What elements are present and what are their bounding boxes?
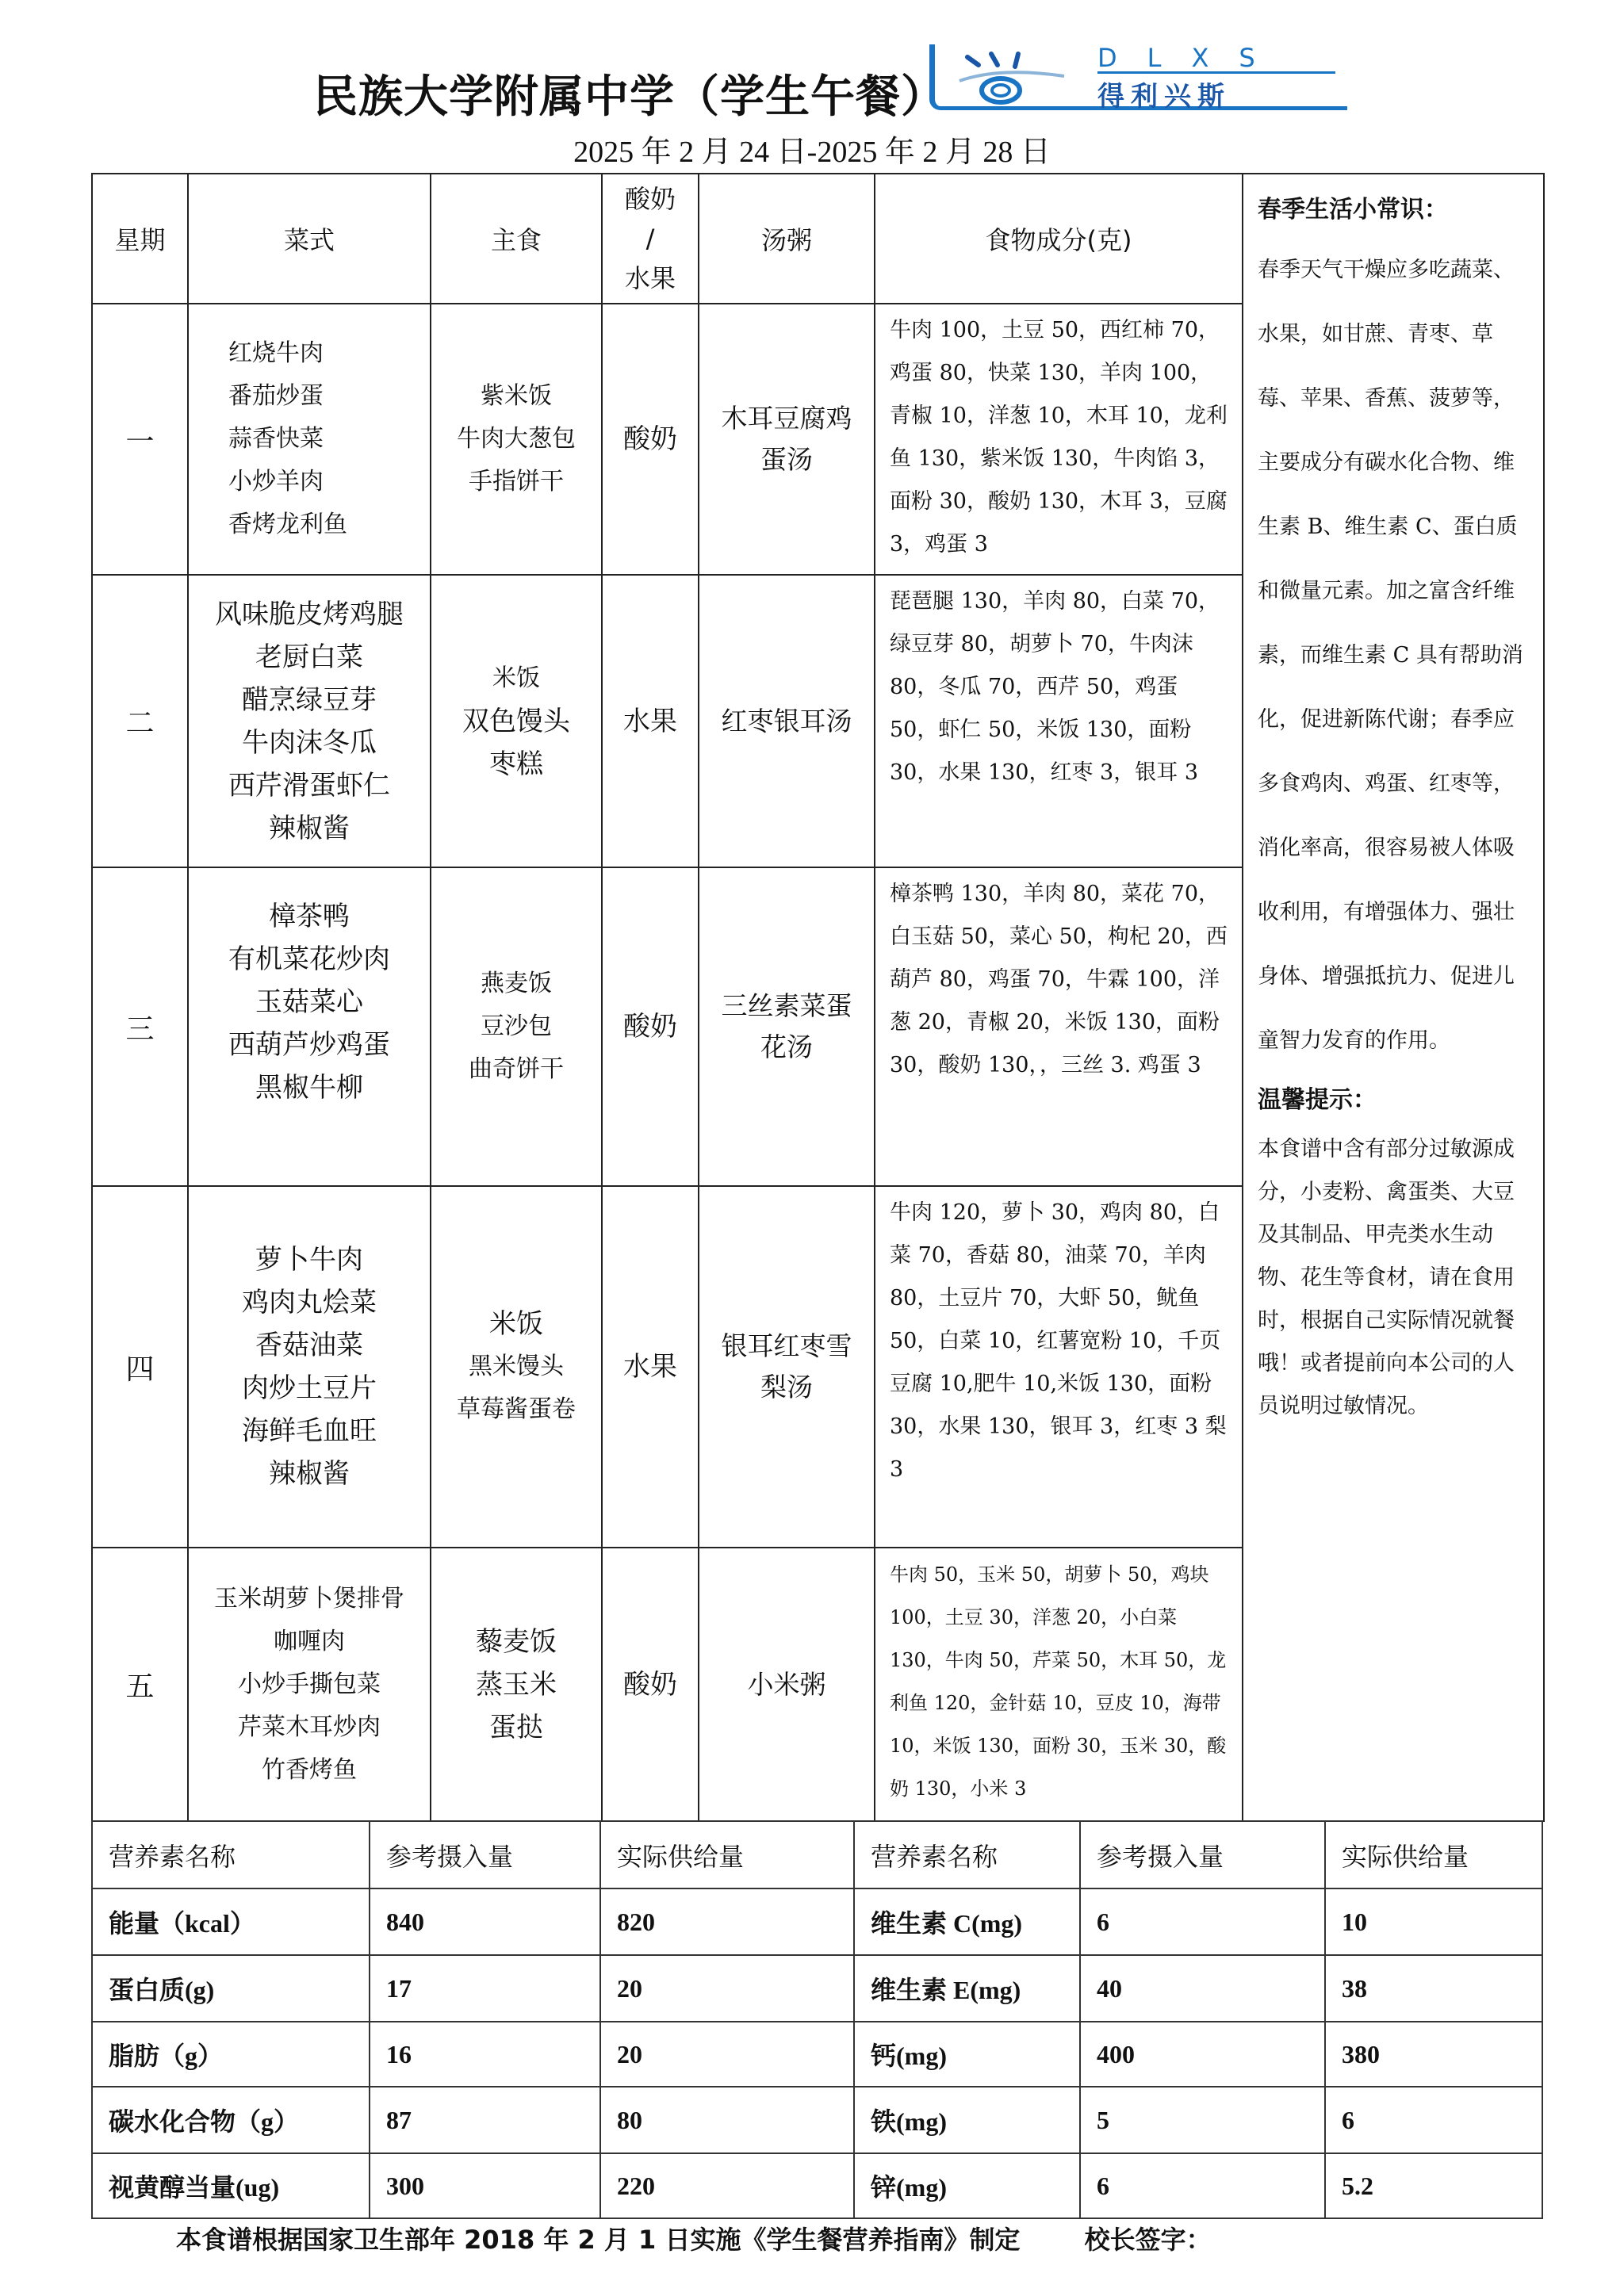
- staple-item: 草莓酱蛋卷: [457, 1388, 576, 1431]
- reference-intake: 400: [1079, 2021, 1326, 2087]
- dish-item: 辣椒酱: [269, 1452, 350, 1495]
- dish-item: 蒜香快菜: [228, 418, 324, 461]
- yogurt-fruit-cell: 酸奶: [601, 867, 699, 1187]
- dish-item: 辣椒酱: [269, 807, 350, 850]
- dish-item: 西葫芦炒鸡蛋: [228, 1024, 390, 1066]
- sidebar-tips: 春季生活小常识： 春季天气干燥应多吃蔬菜、水果，如甘蔗、青枣、草莓、苹果、香蕉、…: [1242, 173, 1545, 1822]
- dishes-cell: 萝卜牛肉 鸡肉丸烩菜 香菇油菜 肉炒土豆片 海鲜毛血旺 辣椒酱: [187, 1185, 431, 1548]
- actual-supply: 6: [1324, 2086, 1543, 2154]
- staple-item: 紫米饭: [481, 375, 552, 418]
- nutrient-name: 维生素 E(mg): [853, 1954, 1081, 2022]
- yogurt-fruit-cell: 酸奶: [601, 1547, 699, 1822]
- nutrition-header: 营养素名称: [91, 1820, 370, 1889]
- tips-text: 春季天气干燥应多吃蔬菜、水果，如甘蔗、青枣、草莓、苹果、香蕉、菠萝等，主要成分有…: [1258, 238, 1529, 1073]
- day-label: 三: [91, 867, 189, 1187]
- dish-item: 醋烹绿豆芽: [242, 679, 377, 721]
- day-label: 五: [91, 1547, 189, 1822]
- staple-item: 燕麦饭: [481, 962, 552, 1005]
- dish-item: 老厨白菜: [255, 636, 363, 679]
- notice-heading: 温馨提示：: [1258, 1073, 1377, 1128]
- dish-item: 香菇油菜: [255, 1324, 363, 1367]
- reference-intake: 40: [1079, 1954, 1326, 2022]
- staple-item: 枣糕: [489, 743, 543, 786]
- dish-item: 风味脆皮烤鸡腿: [215, 593, 404, 636]
- day-label: 一: [91, 303, 189, 576]
- notice-text: 本食谱中含有部分过敏源成分，小麦粉、禽蛋类、大豆及其制品、甲壳类水生动物、花生等…: [1258, 1128, 1529, 1428]
- dish-item: 黑椒牛柳: [255, 1066, 363, 1109]
- composition-cell: 牛肉 50，玉米 50，胡萝卜 50，鸡块 100，土豆 30，洋葱 20，小白…: [874, 1547, 1243, 1822]
- yogurt-fruit-cell: 水果: [601, 574, 699, 868]
- composition-cell: 樟茶鸭 130，羊肉 80，菜花 70，白玉菇 50，菜心 50，枸杞 20，西…: [874, 867, 1243, 1187]
- reference-intake: 6: [1079, 2152, 1326, 2219]
- reference-intake: 300: [369, 2152, 601, 2219]
- dish-item: 小炒手撕包菜: [238, 1663, 381, 1706]
- day-label: 四: [91, 1185, 189, 1548]
- company-logo: DLXS 得利兴斯: [929, 41, 1350, 109]
- actual-supply: 380: [1324, 2021, 1543, 2087]
- soup-cell: 木耳豆腐鸡蛋汤: [698, 303, 875, 576]
- footer-note: 本食谱根据国家卫生部年 2018 年 2 月 1 日实施《学生餐营养指南》制定: [176, 2225, 1020, 2255]
- nutrition-header: 参考摄入量: [1079, 1820, 1326, 1889]
- reference-intake: 17: [369, 1954, 601, 2022]
- staples-cell: 紫米饭 牛肉大葱包 手指饼干: [430, 303, 603, 576]
- eye-swirl-icon: [953, 49, 1072, 105]
- dish-item: 牛肉沫冬瓜: [242, 721, 377, 764]
- soup-cell: 小米粥: [698, 1547, 875, 1822]
- actual-supply: 20: [599, 2021, 855, 2087]
- dish-item: 咖喱肉: [274, 1621, 345, 1663]
- dish-item: 小炒羊肉: [228, 461, 324, 503]
- soup-cell: 银耳红枣雪梨汤: [698, 1185, 875, 1548]
- principal-signature-label: 校长签字：: [1085, 2225, 1212, 2255]
- staple-item: 米饭: [492, 657, 540, 700]
- reference-intake: 6: [1079, 1888, 1326, 1956]
- staple-item: 米饭: [489, 1303, 543, 1345]
- footer: 本食谱根据国家卫生部年 2018 年 2 月 1 日实施《学生餐营养指南》制定 …: [176, 2220, 1212, 2256]
- dishes-cell: 玉米胡萝卜煲排骨 咖喱肉 小炒手撕包菜 芹菜木耳炒肉 竹香烤鱼: [187, 1547, 431, 1822]
- col-header-soup: 汤粥: [698, 173, 875, 304]
- col-header-yogurt-line1: 酸奶: [625, 179, 676, 219]
- dish-item: 海鲜毛血旺: [242, 1410, 377, 1452]
- dish-item: 西芹滑蛋虾仁: [228, 764, 390, 807]
- yogurt-fruit-cell: 水果: [601, 1185, 699, 1548]
- dish-item: 芹菜木耳炒肉: [238, 1706, 381, 1749]
- dish-item: 香烤龙利鱼: [228, 503, 347, 546]
- nutrition-header: 实际供给量: [1324, 1820, 1543, 1889]
- date-range: 2025 年 2 月 24 日-2025 年 2 月 28 日: [0, 127, 1624, 170]
- composition-cell: 琵琶腿 130，羊肉 80，白菜 70，绿豆芽 80，胡萝卜 70，牛肉沫 80…: [874, 574, 1243, 868]
- staples-cell: 米饭 双色馒头 枣糕: [430, 574, 603, 868]
- reference-intake: 87: [369, 2086, 601, 2154]
- actual-supply: 38: [1324, 1954, 1543, 2022]
- staples-cell: 米饭 黑米馒头 草莓酱蛋卷: [430, 1185, 603, 1548]
- soup-cell: 三丝素菜蛋花汤: [698, 867, 875, 1187]
- col-header-dishes: 菜式: [187, 173, 431, 304]
- staples-cell: 藜麦饭 蒸玉米 蛋挞: [430, 1547, 603, 1822]
- dish-item: 肉炒土豆片: [242, 1367, 377, 1410]
- staple-item: 曲奇饼干: [469, 1048, 564, 1091]
- actual-supply: 80: [599, 2086, 855, 2154]
- dish-item: 萝卜牛肉: [255, 1238, 363, 1281]
- actual-supply: 220: [599, 2152, 855, 2219]
- day-label: 二: [91, 574, 189, 868]
- nutrient-name: 能量（kcal）: [91, 1888, 370, 1956]
- dishes-cell: 红烧牛肉 番茄炒蛋 蒜香快菜 小炒羊肉 香烤龙利鱼: [187, 303, 431, 576]
- nutrient-name: 脂肪（g）: [91, 2021, 370, 2087]
- reference-intake: 16: [369, 2021, 601, 2087]
- composition-cell: 牛肉 100，土豆 50，西红柿 70，鸡蛋 80，快菜 130，羊肉 100，…: [874, 303, 1243, 576]
- nutrition-header: 实际供给量: [599, 1820, 855, 1889]
- col-header-yogurt-line2: /: [646, 219, 655, 258]
- soup-cell: 红枣银耳汤: [698, 574, 875, 868]
- staple-item: 豆沙包: [481, 1005, 552, 1048]
- col-header-yogurt-fruit: 酸奶 / 水果: [601, 173, 699, 304]
- nutrient-name: 锌(mg): [853, 2152, 1081, 2219]
- dish-item: 红烧牛肉: [228, 332, 324, 375]
- dish-item: 玉米胡萝卜煲排骨: [214, 1578, 404, 1621]
- col-header-composition: 食物成分(克): [874, 173, 1243, 304]
- nutrient-name: 视黄醇当量(ug): [91, 2152, 370, 2219]
- dish-item: 番茄炒蛋: [228, 375, 324, 418]
- nutrient-name: 蛋白质(g): [91, 1954, 370, 2022]
- staple-item: 牛肉大葱包: [457, 418, 576, 461]
- staple-item: 藜麦饭: [476, 1621, 557, 1663]
- nutrient-name: 钙(mg): [853, 2021, 1081, 2087]
- actual-supply: 5.2: [1324, 2152, 1543, 2219]
- dish-item: 有机菜花炒肉: [228, 938, 390, 981]
- tips-heading: 春季生活小常识：: [1258, 182, 1448, 238]
- composition-cell: 牛肉 120，萝卜 30，鸡肉 80，白菜 70，香菇 80，油菜 70，羊肉 …: [874, 1185, 1243, 1548]
- nutrient-name: 维生素 C(mg): [853, 1888, 1081, 1956]
- staple-item: 双色馒头: [462, 700, 570, 743]
- col-header-staples: 主食: [430, 173, 603, 304]
- logo-text-en: DLXS: [1097, 44, 1335, 74]
- dishes-cell: 樟茶鸭 有机菜花炒肉 玉菇菜心 西葫芦炒鸡蛋 黑椒牛柳: [187, 867, 431, 1187]
- nutrition-header: 参考摄入量: [369, 1820, 601, 1889]
- col-header-yogurt-line3: 水果: [625, 258, 676, 298]
- staple-item: 蒸玉米: [476, 1663, 557, 1706]
- dishes-cell: 风味脆皮烤鸡腿 老厨白菜 醋烹绿豆芽 牛肉沫冬瓜 西芹滑蛋虾仁 辣椒酱: [187, 574, 431, 868]
- reference-intake: 5: [1079, 2086, 1326, 2154]
- dish-item: 竹香烤鱼: [262, 1749, 357, 1792]
- staple-item: 手指饼干: [469, 461, 564, 503]
- nutrient-name: 碳水化合物（g）: [91, 2086, 370, 2154]
- yogurt-fruit-cell: 酸奶: [601, 303, 699, 576]
- actual-supply: 820: [599, 1888, 855, 1956]
- reference-intake: 840: [369, 1888, 601, 1956]
- actual-supply: 10: [1324, 1888, 1543, 1956]
- dish-item: 玉菇菜心: [255, 981, 363, 1024]
- nutrition-header: 营养素名称: [853, 1820, 1081, 1889]
- actual-supply: 20: [599, 1954, 855, 2022]
- col-header-weekday: 星期: [91, 173, 189, 304]
- staple-item: 黑米馒头: [469, 1345, 564, 1388]
- page-title: 民族大学附属中学（学生午餐）: [313, 62, 946, 125]
- nutrient-name: 铁(mg): [853, 2086, 1081, 2154]
- dish-item: 樟茶鸭: [269, 895, 350, 938]
- dish-item: 鸡肉丸烩菜: [242, 1281, 377, 1324]
- logo-text-cn: 得利兴斯: [1097, 75, 1231, 113]
- staple-item: 蛋挞: [489, 1706, 543, 1749]
- staples-cell: 燕麦饭 豆沙包 曲奇饼干: [430, 867, 603, 1187]
